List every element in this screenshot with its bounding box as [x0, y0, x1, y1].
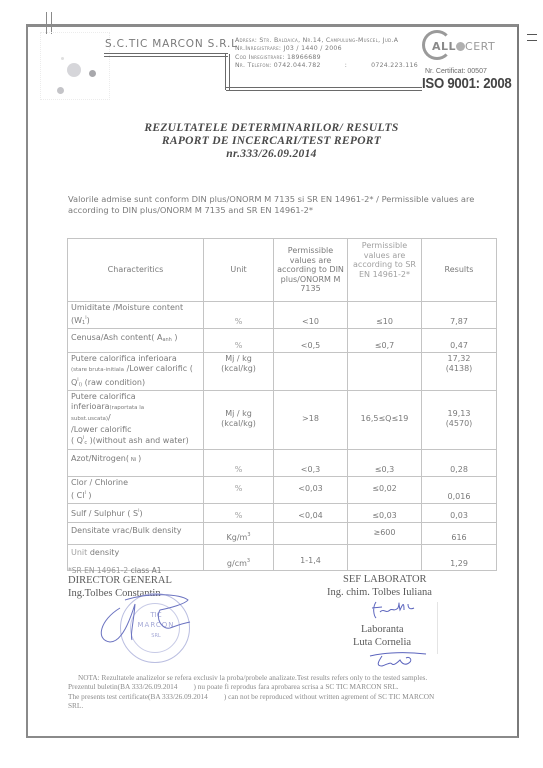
table-row: Sulf / Sulphur ( Si) % <0,04 ≤0,03 0,03	[68, 503, 497, 522]
column-header: Permissible values are according to DIN …	[274, 239, 348, 302]
iso-badge: ISO 9001: 2008	[422, 75, 512, 92]
characteristic-cell: Putere calorificainferioara(raportata la…	[68, 391, 204, 450]
lab-head-title: SEF LABORATOR	[343, 574, 427, 585]
result-cell: 7,87	[422, 302, 497, 329]
header-rule	[225, 54, 230, 90]
din-limit-cell	[274, 353, 348, 391]
unit-cell: %	[204, 503, 274, 522]
sr-limit-cell: ≤0,7	[348, 329, 422, 353]
din-limit-cell: <0,03	[274, 476, 348, 503]
column-header: Results	[422, 239, 497, 302]
company-logo	[40, 32, 110, 100]
result-cell: 17,32(4138)	[422, 353, 497, 391]
registration-line: Nr.Inregistrare: J03 / 1440 / 2006	[235, 45, 418, 53]
din-limit-cell: <0,5	[274, 329, 348, 353]
results-table: Characteritics Unit Permissible values a…	[67, 238, 497, 571]
fiscal-code-line: Cod Inregistrare: 18966689	[235, 54, 418, 62]
certificate-number: Nr. Certificat: 00507	[425, 68, 487, 75]
table-row: Umiditate /Moisture content(W1i) % <10 ≤…	[68, 302, 497, 329]
characteristic-cell: Cenusa/Ash content( Aanh )	[68, 329, 204, 353]
address-line: Adresa: Str. Baldaica, Nr.14, Campulung-…	[235, 37, 418, 45]
din-limit-cell: <10	[274, 302, 348, 329]
characteristic-cell: Clor / Chlorine( Cli )	[68, 476, 204, 503]
report-title: REZULTATELE DETERMINARILOR/ RESULTS	[0, 122, 543, 134]
result-cell: 1,29	[422, 544, 497, 570]
phone-line: Nr. Telefon: 0742.044.782:0724.223.116	[235, 62, 418, 70]
column-header: Unit	[204, 239, 274, 302]
characteristic-cell: Putere calorifica inferioara(stare bruta…	[68, 353, 204, 391]
table-row: Putere calorificainferioara(raportata la…	[68, 391, 497, 450]
table-row: Azot/Nitrogen( Ni ) % <0,3 ≤0,3 0,28	[68, 449, 497, 476]
legal-note: NOTA: Rezultatele analizelor se refera e…	[68, 673, 508, 710]
result-cell: 616	[422, 522, 497, 544]
assistant-signature	[368, 650, 428, 670]
din-limit-cell	[274, 522, 348, 544]
table-row: Densitate vrac/Bulk density Kg/m3 ≥600 6…	[68, 522, 497, 544]
unit-cell: %	[204, 476, 274, 503]
result-cell: 0,016	[422, 476, 497, 503]
sr-limit-cell: ≤0,02	[348, 476, 422, 503]
table-row: Putere calorifica inferioara(stare bruta…	[68, 353, 497, 391]
characteristic-cell: Densitate vrac/Bulk density	[68, 522, 204, 544]
header-rule	[104, 53, 228, 57]
column-header: Characteritics	[68, 239, 204, 302]
result-cell: 0,03	[422, 503, 497, 522]
din-limit-cell: >18	[274, 391, 348, 450]
director-signature	[90, 590, 200, 650]
unit-cell: g/cm3	[204, 544, 274, 570]
din-limit-cell: <0,04	[274, 503, 348, 522]
sr-limit-cell: ≥600	[348, 522, 422, 544]
unit-cell: Mj / kg(kcal/kg)	[204, 353, 274, 391]
characteristic-cell: Sulf / Sulphur ( Si)	[68, 503, 204, 522]
sr-limit-cell: ≤0,03	[348, 503, 422, 522]
director-title: DIRECTOR GENERAL	[68, 575, 172, 586]
characteristic-cell: Umiditate /Moisture content(W1i)	[68, 302, 204, 329]
result-cell: 0,47	[422, 329, 497, 353]
characteristic-cell: Azot/Nitrogen( Ni )	[68, 449, 204, 476]
din-limit-cell: <0,3	[274, 449, 348, 476]
unit-cell: %	[204, 449, 274, 476]
sr-limit-cell	[348, 544, 422, 570]
result-cell: 19,13(4570)	[422, 391, 497, 450]
table-row: Clor / Chlorine( Cli ) % <0,03 ≤0,02 0,0…	[68, 476, 497, 503]
standard-class-footnote: *SR EN 14961-2 class A1	[68, 566, 161, 575]
table-header-row: Characteritics Unit Permissible values a…	[68, 239, 497, 302]
header-rule	[226, 87, 422, 91]
allcert-logo: ALLCERT	[420, 30, 516, 64]
table-row: Cenusa/Ash content( Aanh ) % <0,5 ≤0,7 0…	[68, 329, 497, 353]
edge-mark	[527, 34, 537, 41]
column-header: Permissible values are according to SR E…	[348, 239, 422, 302]
unit-cell: Mj / kg(kcal/kg)	[204, 391, 274, 450]
lab-head-name: Ing. chim. Tolbes Iuliana	[327, 587, 432, 598]
result-cell: 0,28	[422, 449, 497, 476]
divider	[437, 602, 438, 654]
company-address: Adresa: Str. Baldaica, Nr.14, Campulung-…	[235, 37, 418, 70]
intro-text: Valorile admise sunt conform DIN plus/ON…	[68, 194, 488, 215]
report-subtitle: RAPORT DE INCERCARI/TEST REPORT	[0, 135, 543, 147]
sr-limit-cell	[348, 353, 422, 391]
din-limit-cell: 1-1,4	[274, 544, 348, 570]
assistant-title: Laboranta	[361, 624, 404, 635]
company-name: S.C.TIC MARCON S.R.L	[105, 38, 238, 50]
assistant-name: Luta Cornelia	[353, 637, 411, 648]
sr-limit-cell: ≤10	[348, 302, 422, 329]
binder-mark	[46, 12, 52, 34]
unit-cell: %	[204, 302, 274, 329]
unit-cell: %	[204, 329, 274, 353]
allcert-dot-icon	[456, 42, 465, 51]
sr-limit-cell: 16,5≤Q≤19	[348, 391, 422, 450]
report-number: nr.333/26.09.2014	[0, 148, 543, 160]
sr-limit-cell: ≤0,3	[348, 449, 422, 476]
unit-cell: Kg/m3	[204, 522, 274, 544]
lab-head-signature	[370, 598, 420, 620]
